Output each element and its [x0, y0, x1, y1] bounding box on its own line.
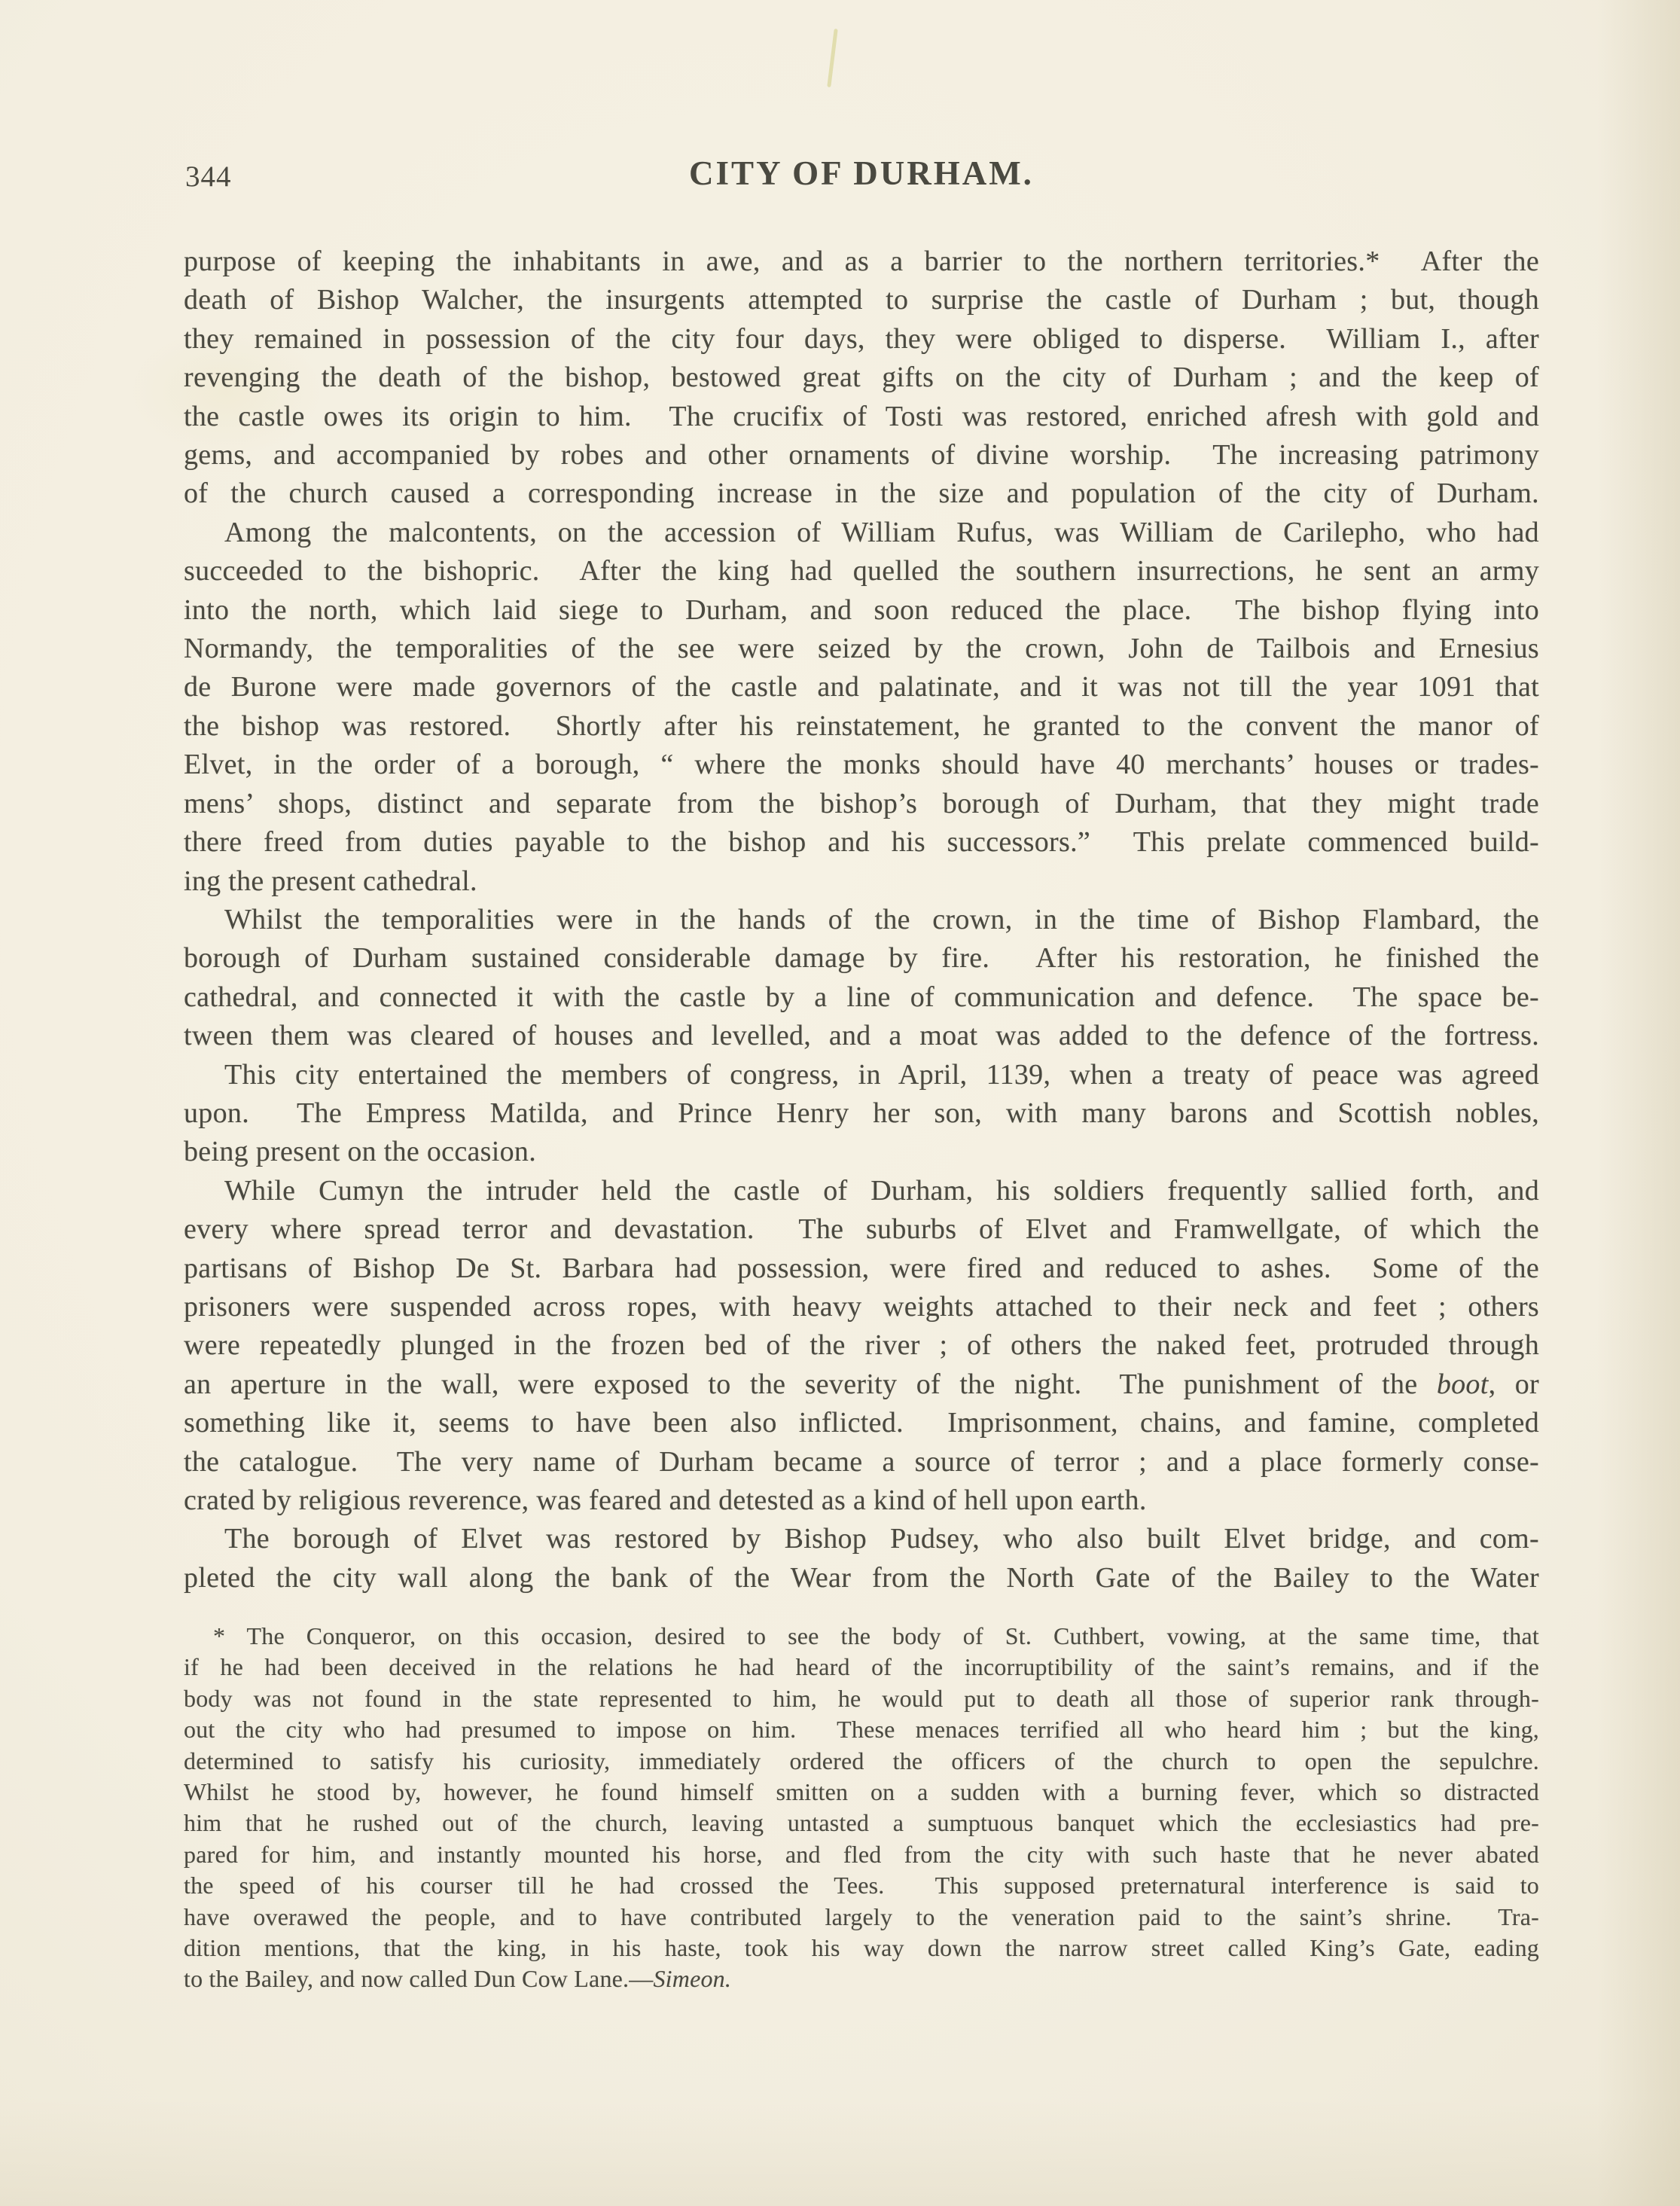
text-line: out the city who had presumed to impose …	[184, 1714, 1539, 1745]
text-line: The borough of Elvet was restored by Bis…	[184, 1520, 1539, 1558]
text-line: Whilst he stood by, however, he found hi…	[184, 1777, 1539, 1808]
text-line: pleted the city wall along the bank of t…	[184, 1559, 1539, 1597]
paragraph: While Cumyn the intruder held the castle…	[184, 1172, 1539, 1521]
text-line: This city entertained the members of con…	[184, 1056, 1539, 1094]
paragraph: purpose of keeping the inhabitants in aw…	[184, 243, 1539, 514]
paragraph: This city entertained the members of con…	[184, 1056, 1539, 1172]
text-line: every where spread terror and devastatio…	[184, 1210, 1539, 1249]
text-line: mens’ shops, distinct and separate from …	[184, 785, 1539, 823]
text-line: tween them was cleared of houses and lev…	[184, 1017, 1539, 1055]
paragraph: Whilst the temporalities were in the han…	[184, 901, 1539, 1056]
text-line: to the Bailey, and now called Dun Cow La…	[184, 1963, 1539, 1994]
text-line: gems, and accompanied by robes and other…	[184, 436, 1539, 474]
page-header: 344 CITY OF DURHAM.	[184, 154, 1539, 199]
text-line: dition mentions, that the king, in his h…	[184, 1933, 1539, 1963]
text-line: the catalogue. The very name of Durham b…	[184, 1443, 1539, 1481]
text-line: have overawed the people, and to have co…	[184, 1902, 1539, 1933]
text-line: borough of Durham sustained considerable…	[184, 939, 1539, 978]
text-line: pared for him, and instantly mounted his…	[184, 1839, 1539, 1870]
italic-text: boot	[1437, 1368, 1489, 1400]
body-text-block: purpose of keeping the inhabitants in aw…	[184, 243, 1539, 1597]
text-line: * The Conqueror, on this occasion, desir…	[184, 1621, 1539, 1652]
text-line: upon. The Empress Matilda, and Prince He…	[184, 1094, 1539, 1133]
paragraph: Among the malcontents, on the accession …	[184, 514, 1539, 901]
text-line: prisoners were suspended across ropes, w…	[184, 1288, 1539, 1326]
text-line: succeeded to the bishopric. After the ki…	[184, 552, 1539, 590]
text-line: they remained in possession of the city …	[184, 320, 1539, 359]
text-line: Among the malcontents, on the accession …	[184, 514, 1539, 552]
text-line: While Cumyn the intruder held the castle…	[184, 1172, 1539, 1210]
paragraph: * The Conqueror, on this occasion, desir…	[184, 1621, 1539, 1995]
text-line: crated by religious reverence, was feare…	[184, 1481, 1539, 1520]
paragraph: The borough of Elvet was restored by Bis…	[184, 1520, 1539, 1597]
text-line: the bishop was restored. Shortly after h…	[184, 707, 1539, 746]
text-line: Whilst the temporalities were in the han…	[184, 901, 1539, 939]
text-line: if he had been deceived in the relations…	[184, 1652, 1539, 1683]
paper-stain-mark	[827, 29, 837, 87]
text-line: into the north, which laid siege to Durh…	[184, 591, 1539, 630]
text-line: de Burone were made governors of the cas…	[184, 668, 1539, 706]
text-line: revenging the death of the bishop, besto…	[184, 359, 1539, 397]
italic-text: Simeon.	[653, 1965, 731, 1992]
footnote-block: * The Conqueror, on this occasion, desir…	[184, 1621, 1539, 1995]
text-line: the speed of his courser till he had cro…	[184, 1870, 1539, 1901]
text-line: there freed from duties payable to the b…	[184, 823, 1539, 862]
text-line: purpose of keeping the inhabitants in aw…	[184, 243, 1539, 281]
text-line: of the church caused a corresponding inc…	[184, 474, 1539, 513]
text-line: Elvet, in the order of a borough, “ wher…	[184, 746, 1539, 784]
page-title: CITY OF DURHAM.	[184, 154, 1539, 193]
text-line: ing the present cathedral.	[184, 862, 1539, 901]
text-line: partisans of Bishop De St. Barbara had p…	[184, 1249, 1539, 1288]
book-page: 344 CITY OF DURHAM. purpose of keeping t…	[0, 0, 1680, 2206]
text-line: determined to satisfy his curiosity, imm…	[184, 1746, 1539, 1777]
text-line: Normandy, the temporalities of the see w…	[184, 630, 1539, 668]
text-line: being present on the occasion.	[184, 1133, 1539, 1171]
text-line: were repeatedly plunged in the frozen be…	[184, 1326, 1539, 1365]
text-line: cathedral, and connected it with the cas…	[184, 978, 1539, 1017]
text-line: body was not found in the state represen…	[184, 1683, 1539, 1714]
text-line: him that he rushed out of the church, le…	[184, 1808, 1539, 1838]
text-line: death of Bishop Walcher, the insurgents …	[184, 281, 1539, 319]
text-line: the castle owes its origin to him. The c…	[184, 398, 1539, 436]
text-line: an aperture in the wall, were exposed to…	[184, 1365, 1539, 1404]
text-line: something like it, seems to have been al…	[184, 1404, 1539, 1442]
